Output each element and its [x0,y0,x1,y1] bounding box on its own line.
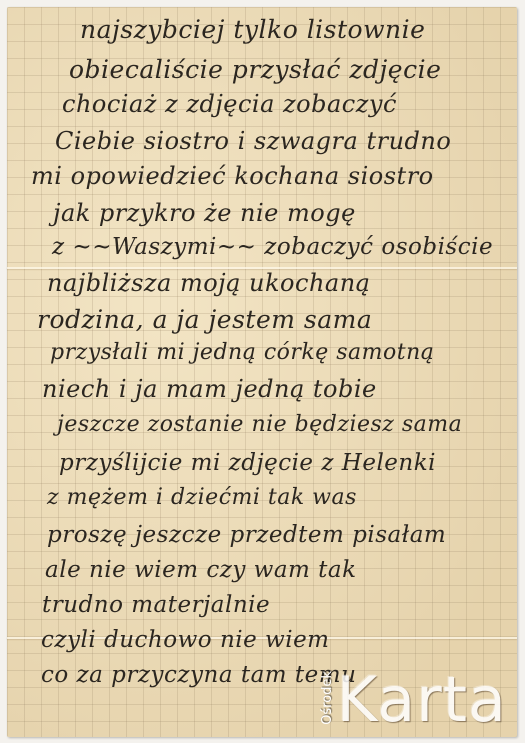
text-line: z mężem i dziećmi tak was [47,485,357,510]
text-line: przyślijcie mi zdjęcie z Helenki [59,450,436,476]
letter-page: najszybciej tylko listownie obiecaliście… [7,7,517,737]
text-line: najbliższa moją ukochaną [47,269,370,297]
text-line: trudno materjalnie [42,592,270,618]
text-line: mi opowiedzieć kochana siostro [31,162,434,190]
text-line: rodzina, a ja jestem sama [37,305,372,334]
text-line: obiecaliście przysłać zdjęcie [69,55,441,84]
text-line: jak przykro że nie mogę [53,199,356,227]
handwritten-text: najszybciej tylko listownie obiecaliście… [7,7,517,737]
watermark-small-text: Ośrodek [320,671,335,725]
text-line: Ciebie siostro i szwagra trudno [55,127,451,155]
text-line: jeszcze zostanie nie będziesz sama [57,412,462,437]
text-line: niech i ja mam jedną tobie [42,375,377,403]
watermark-big-text: Karta [337,669,507,731]
text-line: proszę jeszcze przedtem pisałam [47,522,446,548]
text-line: z ~~Waszymi~~ zobaczyć osobiście [52,234,493,260]
text-line: chociaż z zdjęcia zobaczyć [62,90,397,118]
watermark-logo: Ośrodek Karta [320,669,507,731]
text-line: ale nie wiem czy wam tak [45,557,357,583]
text-line: czyli duchowo nie wiem [41,627,330,653]
text-line: przysłali mi jedną córkę samotną [50,340,434,365]
text-line: najszybciej tylko listownie [80,15,425,44]
text-line: co za przyczyna tam temu [41,662,356,688]
